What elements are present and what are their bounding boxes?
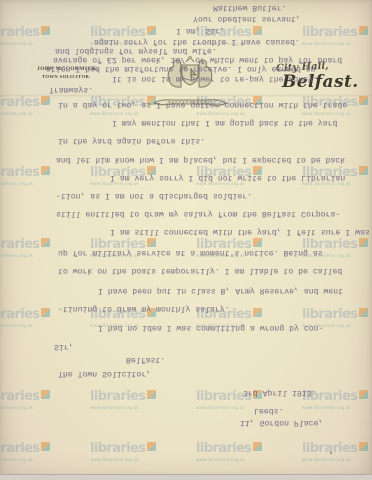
- typed-line: Tramways.: [49, 85, 93, 94]
- ink-speck: [330, 452, 332, 454]
- typed-line: The Town Solicitor,: [58, 369, 151, 378]
- typed-line: I may mention that I am going back to th…: [112, 118, 337, 127]
- typed-line: ation I had the misfortune to receive. I…: [46, 64, 316, 73]
- typed-letter-layer: Matthew Butler.Your obedient servant,I a…: [0, 0, 372, 480]
- typed-line: -tinuing to draw my monthly salary.: [58, 304, 230, 313]
- typed-line: average of £2 per week, 16/- of which we…: [53, 55, 342, 64]
- typed-line: up for military service at a moment's no…: [58, 248, 323, 257]
- typed-line: and let him know how I am placed, but I …: [56, 155, 345, 164]
- scan-edge-strip: [0, 474, 372, 480]
- typed-line: in the yard again before this.: [58, 136, 205, 145]
- typed-line: Your obedient servant,: [193, 14, 301, 23]
- typed-line: 3rd April 1913.: [243, 388, 317, 397]
- typed-line: I had no idea I was committing a wrong b…: [98, 323, 323, 332]
- typed-line: I am, Sir,: [176, 26, 225, 35]
- typed-line: I am very sorry I did not write to the L…: [110, 173, 345, 182]
- typed-line: in a day or two, as I have gotten connec…: [58, 100, 347, 109]
- typed-line: Sir,: [54, 342, 74, 351]
- typed-line: Matthew Butler.: [213, 3, 287, 12]
- scanned-letter-page: librarieswww.librariesni.org.uklibraries…: [0, 0, 372, 480]
- typed-line: I have been put in class B, Army Reserve…: [98, 286, 343, 295]
- typed-line: -tion, as I am not a discharged soldier.: [56, 191, 252, 200]
- typed-line: Leeds.: [254, 406, 283, 415]
- typed-line: Belfast.: [126, 355, 165, 364]
- typed-line: It is not in my power to re-pay the mone…: [112, 74, 318, 83]
- typed-line: and lodgings for myself and wife.: [55, 46, 217, 55]
- typed-line: I am still connected with the yard, I fe…: [110, 227, 370, 236]
- typed-line: again sorry for the trouble I have cause…: [94, 37, 300, 46]
- typed-line: 11, Gordon Place,: [240, 418, 323, 427]
- typed-line: still entitled to draw my salary from th…: [56, 209, 340, 218]
- typed-line: to work on the boats temporarily. I am l…: [58, 266, 342, 275]
